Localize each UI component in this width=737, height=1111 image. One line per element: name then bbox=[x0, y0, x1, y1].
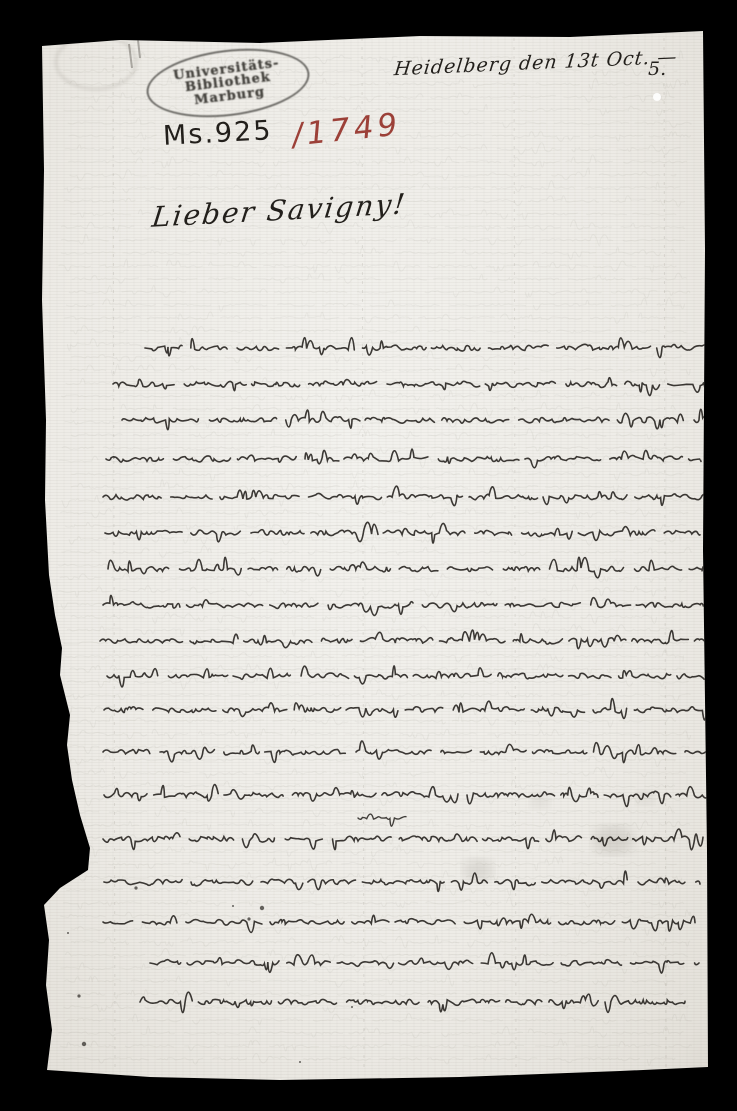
paper-fleck bbox=[653, 93, 661, 101]
ghost-stamp-arc bbox=[56, 35, 136, 89]
letter-body-handwriting bbox=[100, 338, 714, 1013]
manuscript-number: Ms.925 bbox=[162, 115, 273, 152]
handwriting-layer bbox=[0, 0, 737, 1111]
letter-page: Universitäts- Bibliothek Marburg Ms.925 … bbox=[0, 0, 737, 1111]
ink-specks bbox=[58, 758, 353, 1063]
folio-number: 5. bbox=[648, 58, 666, 80]
manuscript-scan: Universitäts- Bibliothek Marburg Ms.925 … bbox=[0, 0, 737, 1111]
